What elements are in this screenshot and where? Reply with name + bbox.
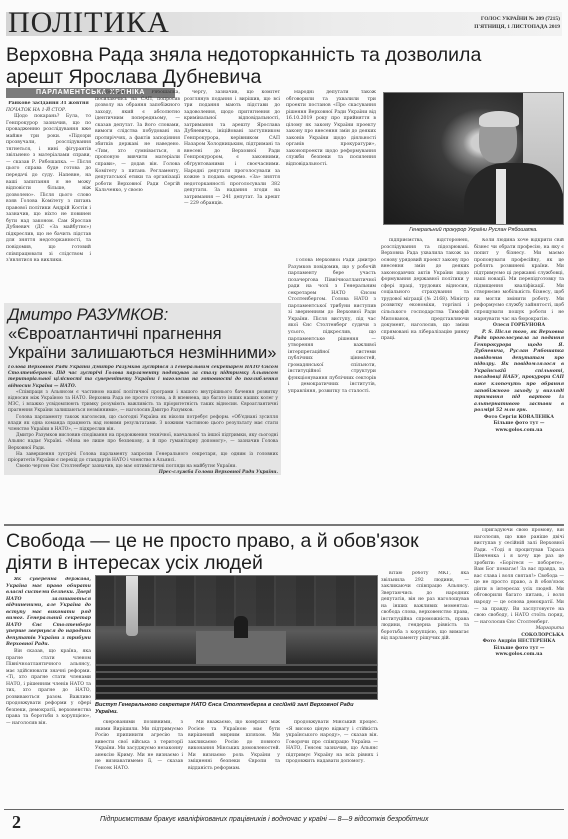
- footer-tagline: Підприємствам бракує кваліфікованих прац…: [100, 816, 540, 823]
- article2-column-3: Ми вважаємо, що конфлікт між Росією та У…: [188, 720, 280, 808]
- section-divider: [4, 524, 564, 526]
- quote-body: Голова Верховної Ради України Дмитро Раз…: [8, 365, 278, 475]
- article2-column-6: Пригадуючи свою промову, він наголосив, …: [474, 528, 564, 808]
- article1-headline: Верховна Рада зняла недоторканність та д…: [6, 44, 526, 88]
- footer-divider: [4, 809, 564, 810]
- article1-paragraph: підприємства, відсторонені, розслідуванн…: [381, 238, 469, 343]
- prosecutor-photo: [383, 92, 564, 225]
- article2-lead: Як суверенна держава, Україна має право …: [6, 577, 91, 649]
- article2-paragraph: продовжувати Мінський процес. «Я високо …: [286, 720, 378, 766]
- article1-column-6: Коли людина хоче відкрити свій бізнес чи…: [474, 238, 564, 525]
- article2-headline: Свобода — це не просто право, а й обов'я…: [6, 530, 426, 574]
- page-number: 2: [12, 812, 21, 833]
- issue-info: ГОЛОС УКРАЇНИ № 209 (7215) П'ЯТНИЦЯ, 1 Л…: [474, 15, 560, 31]
- article2-paragraph: Ми вважаємо, що конфлікт між Росією та У…: [188, 720, 280, 772]
- article1-paragraph: Коли людина хоче відкрити свій бізнес чи…: [474, 238, 564, 323]
- article2-column-1: Як суверенна держава, Україна має право …: [6, 577, 91, 805]
- middle-paragraph: Голова Верховної Ради Дмитро Разумков по…: [288, 258, 376, 395]
- article1-paragraph: Народні депутати також обговорили та ухв…: [286, 90, 376, 169]
- postscript-note: P. S. Після того, як Верховна Рада прого…: [474, 330, 564, 415]
- article1-column-3: чергу, зазначив, що комітет розглянув по…: [184, 90, 280, 301]
- quote-paragraph: На завершення зустрічі Голова парламенту…: [8, 452, 278, 464]
- quote-paragraph: Дмитро Разумков висловив сподівання на п…: [8, 433, 278, 452]
- article2-paragraph: скерованими позивними, з якими Вирішили.…: [95, 720, 183, 772]
- prosecutor-photo-caption: Генеральний прокурор України Руслан Рябо…: [383, 227, 564, 233]
- article2-paragraph: Пригадуючи свою промову, він наголосив, …: [474, 528, 564, 626]
- article2-column-2: скерованими позивними, з якими Вирішили.…: [95, 720, 183, 808]
- article1-column-5: підприємства, відсторонені, розслідуванн…: [381, 238, 469, 418]
- issue-date: П'ЯТНИЦЯ, 1 ЛИСТОПАДА 2019: [474, 23, 560, 31]
- article1-paragraph: чергу, зазначив, що комітет розглянув по…: [184, 90, 280, 208]
- photo-credit: Фото Андрія НЕСТЕРЕНКА: [474, 639, 564, 646]
- session-label: Ранкове засідання 31 жовтня: [6, 101, 91, 108]
- nato-photo-caption: Виступ Генерального секретаря НАТО Єнса …: [95, 702, 378, 716]
- article1-paragraph: прокурор Рябошапка, посилаючись на САП, …: [95, 90, 180, 195]
- article1-column-4: Народні депутати також обговорили та ухв…: [286, 90, 376, 255]
- article2-paragraph: Він сказав, що країна, яка прагне стати …: [6, 649, 91, 728]
- article2-column-5: вітаю роботу МКГ, яка звільнила 292 люди…: [381, 571, 469, 808]
- quote-text: «Євроатлантичні прагнення України залиша…: [8, 325, 276, 362]
- article1-column-2: прокурор Рябошапка, посилаючись на САП, …: [95, 90, 180, 301]
- more-photos-link[interactable]: Більше фото тут — www.golos.com.ua: [474, 646, 564, 659]
- quote-headline: Дмитро РАЗУМКОВ: «Євроатлантичні прагнен…: [8, 306, 278, 363]
- section-title: ПОЛІТИКА: [8, 8, 170, 38]
- nato-speech-photo: [95, 575, 378, 700]
- middle-column: Голова Верховної Ради Дмитро Разумков по…: [288, 258, 376, 526]
- article2-paragraph: вітаю роботу МКГ, яка звільнила 292 люди…: [381, 571, 469, 643]
- issue-number: ГОЛОС УКРАЇНИ № 209 (7215): [474, 15, 560, 23]
- quote-speaker: Дмитро РАЗУМКОВ:: [8, 306, 168, 324]
- more-photos-link[interactable]: Більше фото тут — www.golos.com.ua: [474, 421, 564, 434]
- quote-source: Прес-служба Голови Верховної Ради Україн…: [8, 470, 278, 475]
- article1-paragraph: Щодо покарань? Була, то Генпрокурор зазн…: [6, 114, 91, 265]
- article2-column-4: продовжувати Мінський процес. «Я високо …: [286, 720, 378, 808]
- article1-column-1: Ранкове засідання 31 жовтня ПОЧАТОК НА 1…: [6, 101, 91, 301]
- quote-paragraph: «Співпраця з Альянсом є частиною нашої п…: [8, 390, 278, 415]
- newspaper-page: ПОЛІТИКА ГОЛОС УКРАЇНИ № 209 (7215) П'ЯТ…: [0, 0, 568, 839]
- quote-paragraph: Голова парламенту також наголосив, що сь…: [8, 415, 278, 434]
- quote-lead: Голова Верховної Ради України Дмитро Раз…: [8, 365, 278, 390]
